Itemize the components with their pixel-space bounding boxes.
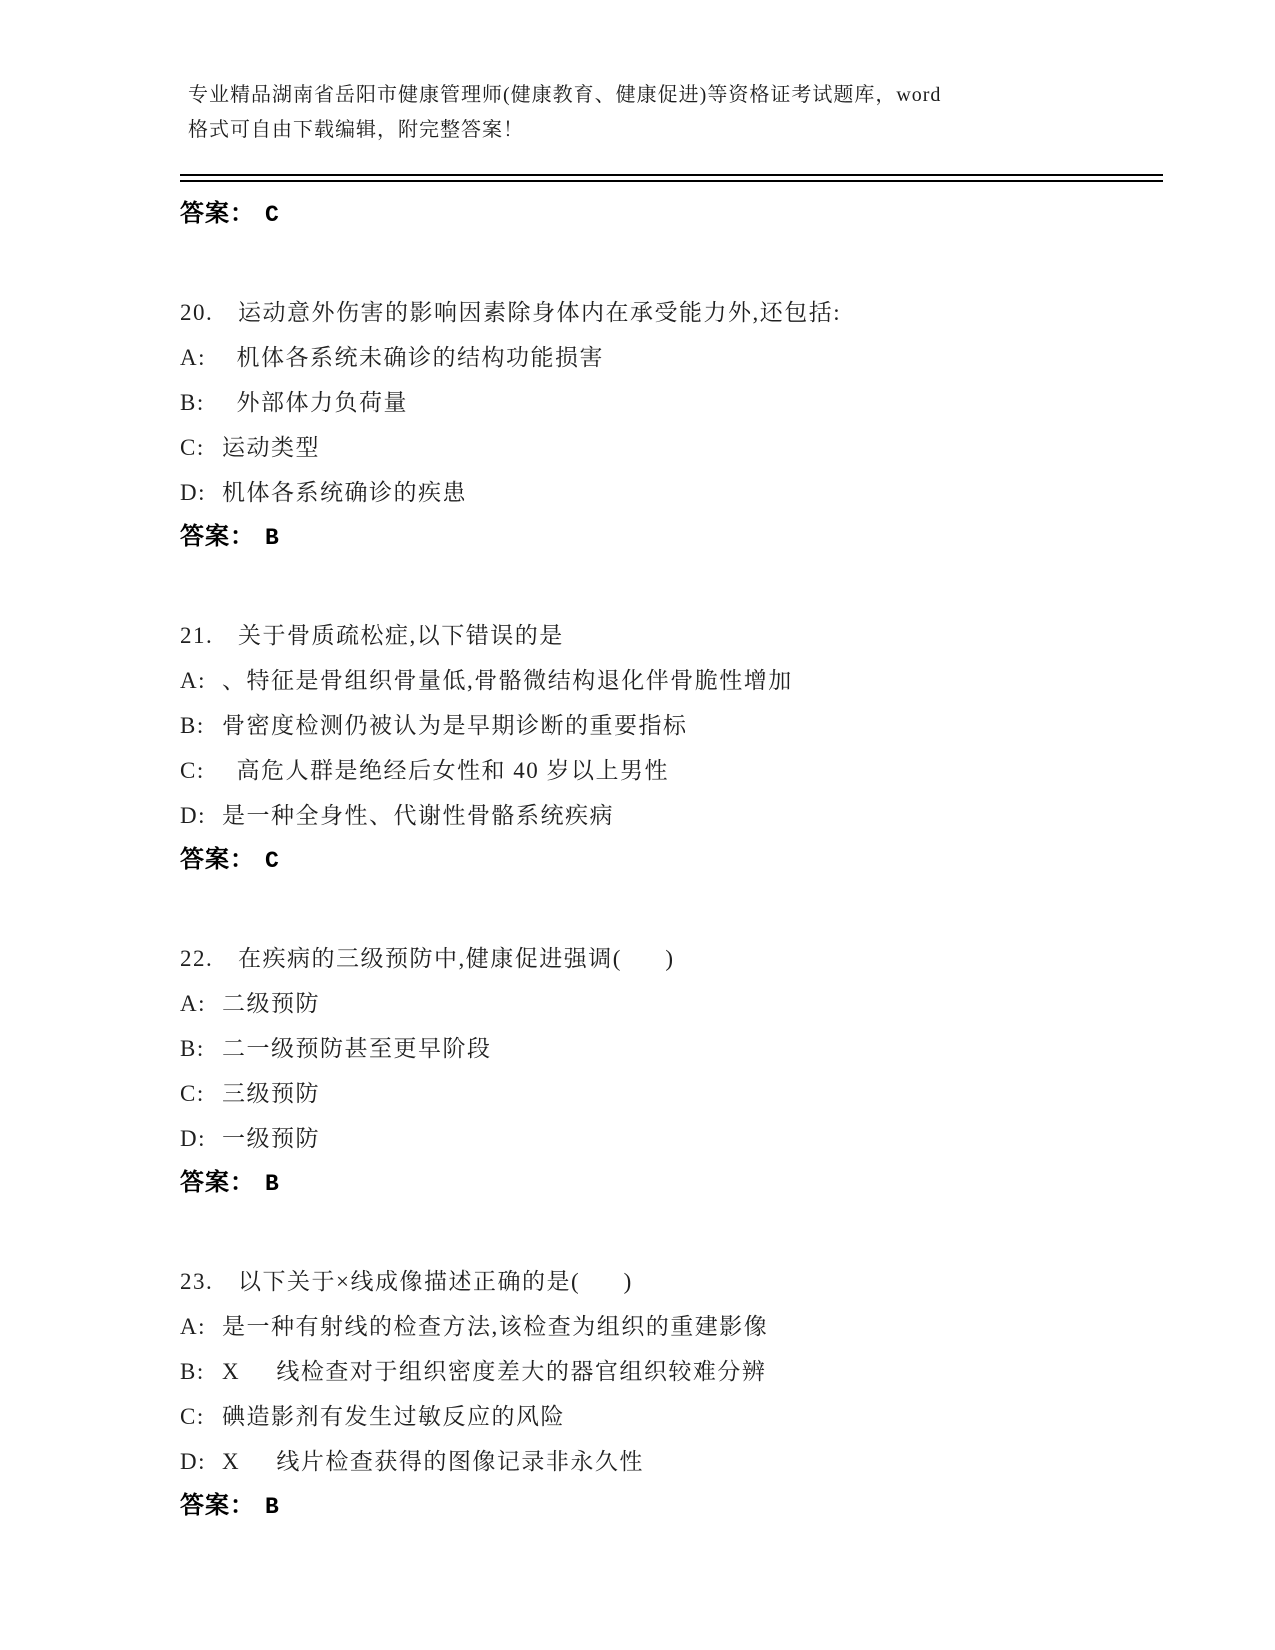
question-line: 22.在疾病的三级预防中,健康促进强调( ) (180, 936, 1163, 981)
answer-value: C (255, 202, 280, 228)
document-header: 专业精品湖南省岳阳市健康管理师(健康教育、健康促进)等资格证考试题库，word … (180, 78, 1163, 148)
header-divider-rule (180, 174, 1163, 182)
option-text: 二级预防 (222, 991, 320, 1016)
option-text: 三级预防 (222, 1081, 320, 1106)
option-row-c: C:运动类型 (180, 425, 1163, 470)
option-row-d: D:X 线片检查获得的图像记录非永久性 (180, 1439, 1163, 1484)
option-text: 骨密度检测仍被认为是早期诊断的重要指标 (222, 713, 688, 738)
question-line: 21.关于骨质疏松症,以下错误的是 (180, 613, 1163, 658)
option-row-b: B:骨密度检测仍被认为是早期诊断的重要指标 (180, 703, 1163, 748)
option-row-a: A:是一种有射线的检查方法,该检查为组织的重建影像 (180, 1304, 1163, 1349)
option-text: X 线检查对于组织密度差大的器官组织较难分辨 (222, 1359, 766, 1384)
answer-value: C (255, 848, 280, 874)
option-row-d: D:是一种全身性、代谢性骨骼系统疾病 (180, 793, 1163, 838)
answer-line: 答案：B (180, 1161, 1163, 1207)
answer-line: 答案：B (180, 515, 1163, 561)
option-row-c: C:三级预防 (180, 1071, 1163, 1116)
option-text: 机体各系统未确诊的结构功能损害 (222, 345, 604, 370)
option-text: 运动类型 (222, 435, 320, 460)
question-text: 以下关于×线成像描述正确的是( ) (238, 1269, 633, 1294)
option-label: B: (180, 380, 222, 425)
option-text: 、特征是骨组织骨量低,骨骼微结构退化伴骨脆性增加 (222, 668, 793, 693)
question-number: 22. (180, 936, 238, 981)
option-row-c: C:碘造影剂有发生过敏反应的风险 (180, 1394, 1163, 1439)
question-number: 20. (180, 290, 238, 335)
option-label: A: (180, 335, 222, 380)
question-text: 在疾病的三级预防中,健康促进强调( ) (238, 946, 675, 971)
question-line: 20.运动意外伤害的影响因素除身体内在承受能力外,还包括: (180, 290, 1163, 335)
header-text-line-1: 专业精品湖南省岳阳市健康管理师(健康教育、健康促进)等资格证考试题库，word (188, 78, 1163, 113)
question-block-22: 22.在疾病的三级预防中,健康促进强调( ) A:二级预防 B:二一级预防甚至更… (180, 936, 1163, 1207)
question-text: 运动意外伤害的影响因素除身体内在承受能力外,还包括: (238, 300, 841, 325)
option-text: X 线片检查获得的图像记录非永久性 (222, 1449, 644, 1474)
question-number: 23. (180, 1259, 238, 1304)
answer-label: 答案： (180, 847, 255, 873)
question-line: 23.以下关于×线成像描述正确的是( ) (180, 1259, 1163, 1304)
option-label: D: (180, 470, 222, 515)
option-label: B: (180, 1026, 222, 1071)
option-text: 机体各系统确诊的疾患 (222, 480, 467, 505)
option-label: D: (180, 1116, 222, 1161)
option-text: 高危人群是绝经后女性和 40 岁以上男性 (222, 758, 669, 783)
option-text: 是一种全身性、代谢性骨骼系统疾病 (222, 803, 614, 828)
option-text: 外部体力负荷量 (222, 390, 408, 415)
question-number: 21. (180, 613, 238, 658)
option-label: D: (180, 793, 222, 838)
option-label: B: (180, 703, 222, 748)
option-row-a: A: 机体各系统未确诊的结构功能损害 (180, 335, 1163, 380)
answer-label: 答案： (180, 1493, 255, 1519)
page-content: 专业精品湖南省岳阳市健康管理师(健康教育、健康促进)等资格证考试题库，word … (0, 0, 1275, 1530)
option-label: C: (180, 1071, 222, 1116)
answer-label: 答案： (180, 1170, 255, 1196)
option-row-b: B: 外部体力负荷量 (180, 380, 1163, 425)
question-text: 关于骨质疏松症,以下错误的是 (238, 623, 564, 648)
option-row-b: B:二一级预防甚至更早阶段 (180, 1026, 1163, 1071)
header-text-line-2: 格式可自由下载编辑，附完整答案！ (188, 113, 1163, 148)
option-label: C: (180, 1394, 222, 1439)
option-row-b: B:X 线检查对于组织密度差大的器官组织较难分辨 (180, 1349, 1163, 1394)
option-label: A: (180, 658, 222, 703)
answer-line: 答案：B (180, 1484, 1163, 1530)
option-label: A: (180, 981, 222, 1026)
answer-line: 答案：C (180, 838, 1163, 884)
answer-label: 答案： (180, 201, 255, 227)
option-label: C: (180, 425, 222, 470)
question-block-21: 21.关于骨质疏松症,以下错误的是 A:、特征是骨组织骨量低,骨骼微结构退化伴骨… (180, 613, 1163, 884)
answer-value: B (255, 525, 280, 551)
option-label: A: (180, 1304, 222, 1349)
question-block-20: 20.运动意外伤害的影响因素除身体内在承受能力外,还包括: A: 机体各系统未确… (180, 290, 1163, 561)
option-text: 碘造影剂有发生过敏反应的风险 (222, 1404, 565, 1429)
answer-value: B (255, 1494, 280, 1520)
answer-value: B (255, 1171, 280, 1197)
option-label: B: (180, 1349, 222, 1394)
document-page: 专业精品湖南省岳阳市健康管理师(健康教育、健康促进)等资格证考试题库，word … (0, 0, 1275, 1650)
option-row-d: D:一级预防 (180, 1116, 1163, 1161)
option-label: D: (180, 1439, 222, 1484)
option-label: C: (180, 748, 222, 793)
option-row-d: D:机体各系统确诊的疾患 (180, 470, 1163, 515)
option-row-a: A:、特征是骨组织骨量低,骨骼微结构退化伴骨脆性增加 (180, 658, 1163, 703)
option-text: 是一种有射线的检查方法,该检查为组织的重建影像 (222, 1314, 768, 1339)
option-row-c: C: 高危人群是绝经后女性和 40 岁以上男性 (180, 748, 1163, 793)
answer-label: 答案： (180, 524, 255, 550)
option-text: 二一级预防甚至更早阶段 (222, 1036, 492, 1061)
option-row-a: A:二级预防 (180, 981, 1163, 1026)
question-block-23: 23.以下关于×线成像描述正确的是( ) A:是一种有射线的检查方法,该检查为组… (180, 1259, 1163, 1530)
answer-line: 答案：C (180, 192, 1163, 238)
option-text: 一级预防 (222, 1126, 320, 1151)
